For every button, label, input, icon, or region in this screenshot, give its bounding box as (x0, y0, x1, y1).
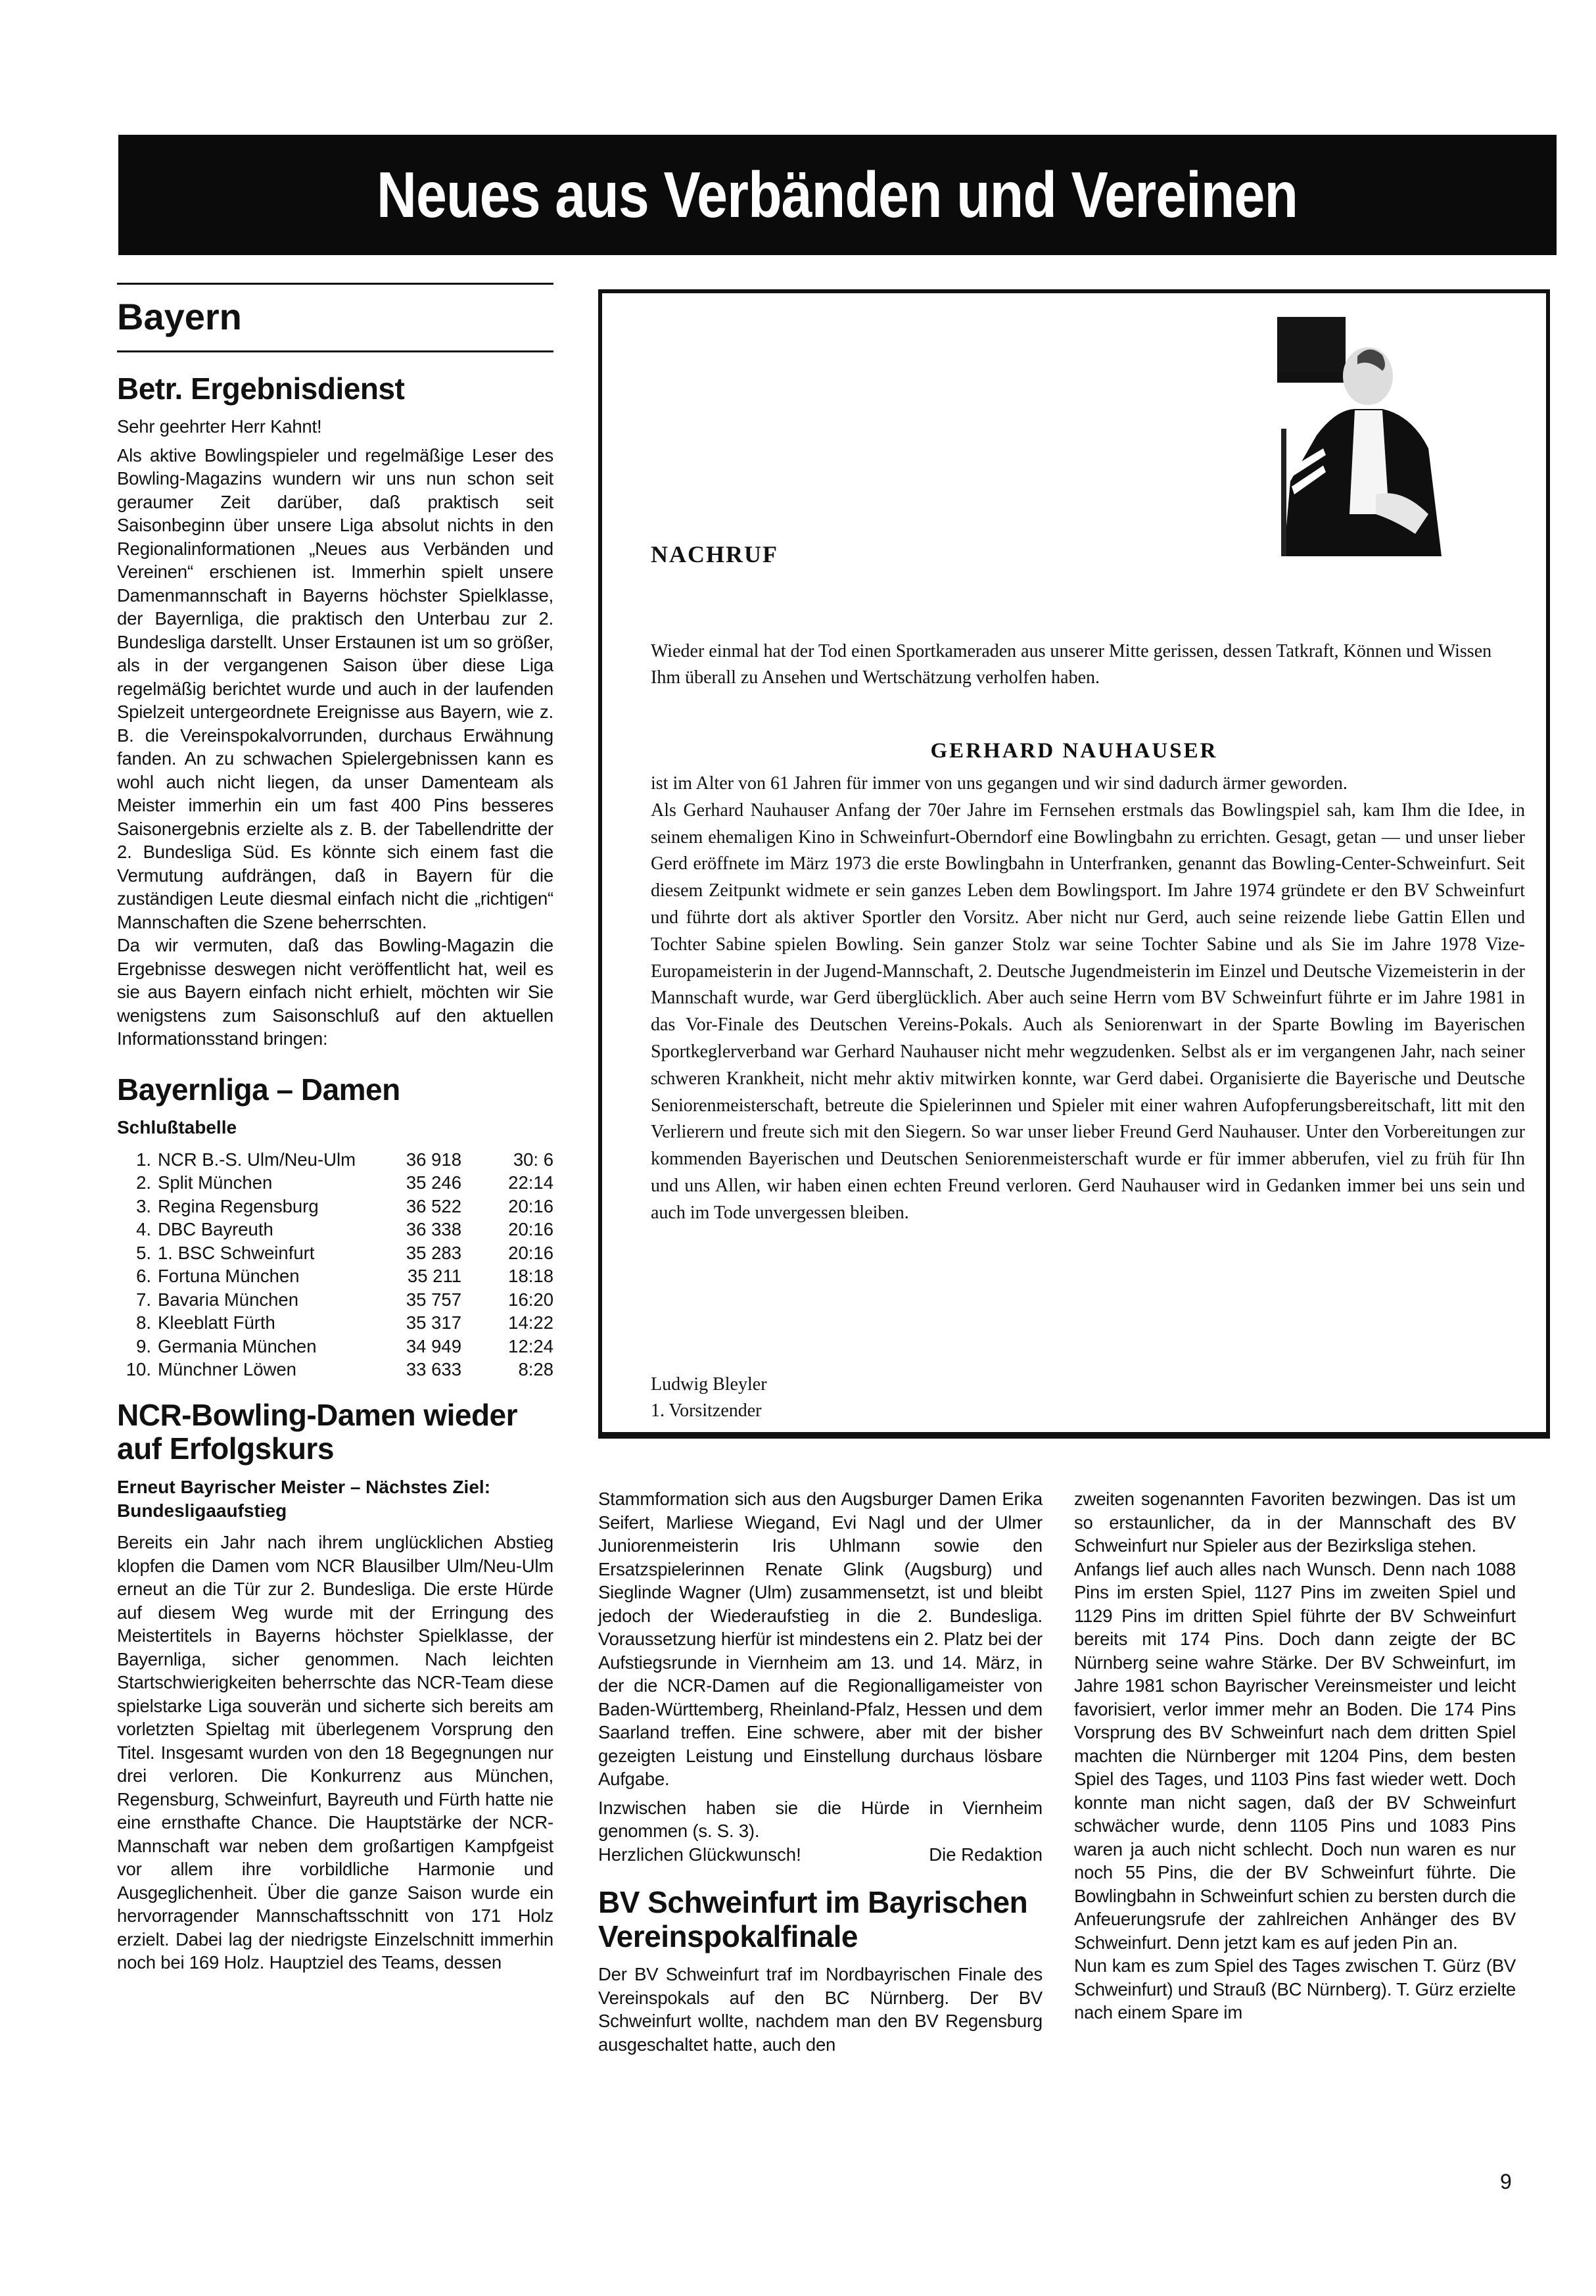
pins: 36 522 (383, 1195, 461, 1218)
obituary-intro: Wieder einmal hat der Tod einen Sportkam… (651, 638, 1525, 691)
rank: 5. (117, 1241, 158, 1265)
region-title: Bayern (117, 297, 553, 337)
table-row: 5.1. BSC Schweinfurt35 28320:16 (117, 1241, 553, 1265)
team: Germania München (158, 1335, 383, 1358)
standings-subtitle: Schlußtabelle (117, 1116, 553, 1139)
points: 14:22 (461, 1311, 553, 1335)
obituary-box: NACHRUF Wieder einmal hat der Tod einen … (598, 289, 1550, 1439)
pins: 33 633 (383, 1358, 461, 1381)
letter-title: Betr. Ergebnisdienst (117, 372, 553, 406)
team: 1. BSC Schweinfurt (158, 1241, 383, 1265)
article-paragraph: Anfangs lief auch alles nach Wunsch. Den… (1074, 1558, 1516, 1955)
update-note: Inzwischen haben sie die Hürde in Viernh… (598, 1796, 1043, 1843)
article-paragraph: Nun kam es zum Spiel des Tages zwischen … (1074, 1954, 1516, 2024)
rank: 6. (117, 1264, 158, 1288)
pins: 35 211 (383, 1264, 461, 1288)
article-title: BV Schweinfurt im Bayrischen Vereinspoka… (598, 1886, 1043, 1953)
table-row: 1.NCR B.-S. Ulm/Neu-Ulm36 91830: 6 (117, 1148, 553, 1172)
points: 16:20 (461, 1288, 553, 1312)
portrait-image-icon (1277, 317, 1474, 556)
pins: 35 757 (383, 1288, 461, 1312)
standings-table: 1.NCR B.-S. Ulm/Neu-Ulm36 91830: 6 2.Spl… (117, 1148, 553, 1381)
table-row: 7.Bavaria München35 75716:20 (117, 1288, 553, 1312)
table-row: 6.Fortuna München35 21118:18 (117, 1264, 553, 1288)
pins: 35 246 (383, 1171, 461, 1195)
section-banner: Neues aus Verbänden und Vereinen (118, 135, 1557, 255)
middle-column: Stammformation sich aus den Augsburger D… (598, 1487, 1043, 2061)
points: 22:14 (461, 1171, 553, 1195)
left-column: Bayern Betr. Ergebnisdienst Sehr geehrte… (117, 283, 553, 1980)
rank: 7. (117, 1288, 158, 1312)
table-row: 8.Kleeblatt Fürth35 31714:22 (117, 1311, 553, 1335)
article-paragraph: zweiten sogenannten Favoriten bezwingen.… (1074, 1487, 1516, 1558)
pins: 36 338 (383, 1218, 461, 1241)
article-title: NCR-Bowling-Damen wieder auf Erfolgskurs (117, 1399, 553, 1466)
points: 20:16 (461, 1241, 553, 1265)
team: Münchner Löwen (158, 1358, 383, 1381)
rank: 1. (117, 1148, 158, 1172)
rank: 9. (117, 1335, 158, 1358)
portrait-photo (1277, 317, 1474, 556)
points: 20:16 (461, 1195, 553, 1218)
pins: 34 949 (383, 1335, 461, 1358)
team: Regina Regensburg (158, 1195, 383, 1218)
editor-credit: Die Redaktion (929, 1843, 1043, 1867)
obituary-paragraph: ist im Alter von 61 Jahren für immer von… (651, 771, 1525, 798)
page-number: 9 (1500, 2170, 1512, 2194)
rank: 3. (117, 1195, 158, 1218)
team: Split München (158, 1171, 383, 1195)
team: Fortuna München (158, 1264, 383, 1288)
signature-name: Ludwig Bleyler (651, 1372, 767, 1398)
table-row: 4.DBC Bayreuth36 33820:16 (117, 1218, 553, 1241)
divider (117, 350, 553, 352)
obituary-text: ist im Alter von 61 Jahren für immer von… (651, 771, 1525, 1227)
signature-role: 1. Vorsitzender (651, 1398, 767, 1424)
table-row: 9.Germania München34 94912:24 (117, 1335, 553, 1358)
letter-paragraph: Da wir vermuten, daß das Bowling-Magazin… (117, 934, 553, 1051)
letter-paragraph: Als aktive Bowlingspieler und regelmäßig… (117, 444, 553, 934)
pins: 35 317 (383, 1311, 461, 1335)
section-title: Neues aus Verbänden und Vereinen (377, 158, 1298, 232)
points: 12:24 (461, 1335, 553, 1358)
points: 8:28 (461, 1358, 553, 1381)
rank: 2. (117, 1171, 158, 1195)
article-subtitle: Erneut Bayrischer Meister – Nächstes Zie… (117, 1475, 553, 1523)
rank: 8. (117, 1311, 158, 1335)
congrats-text: Herzlichen Glückwunsch! (598, 1843, 801, 1867)
obituary-paragraph: Als Gerhard Nauhauser Anfang der 70er Ja… (651, 798, 1525, 1227)
points: 30: 6 (461, 1148, 553, 1172)
right-column: zweiten sogenannten Favoriten bezwingen.… (1074, 1487, 1516, 2030)
rank: 4. (117, 1218, 158, 1241)
table-row: 10.Münchner Löwen33 6338:28 (117, 1358, 553, 1381)
pins: 36 918 (383, 1148, 461, 1172)
obituary-heading: NACHRUF (651, 540, 778, 568)
standings-title: Bayernliga – Damen (117, 1073, 553, 1107)
points: 20:16 (461, 1218, 553, 1241)
divider (117, 283, 553, 285)
obituary-signature: Ludwig Bleyler 1. Vorsitzender (651, 1372, 767, 1424)
signoff: Herzlichen Glückwunsch! Die Redaktion (598, 1843, 1043, 1867)
points: 18:18 (461, 1264, 553, 1288)
article-paragraph: Stammformation sich aus den Augsburger D… (598, 1487, 1043, 1791)
article-paragraph: Bereits ein Jahr nach ihrem unglückliche… (117, 1531, 553, 1974)
pins: 35 283 (383, 1241, 461, 1265)
team: DBC Bayreuth (158, 1218, 383, 1241)
rank: 10. (117, 1358, 158, 1381)
table-row: 2.Split München35 24622:14 (117, 1171, 553, 1195)
article-paragraph: Der BV Schweinfurt traf im Nordbayrische… (598, 1963, 1043, 2056)
letter-salutation: Sehr geehrter Herr Kahnt! (117, 415, 553, 439)
team: Bavaria München (158, 1288, 383, 1312)
obituary-name: GERHARD NAUHAUSER (602, 739, 1546, 763)
team: NCR B.-S. Ulm/Neu-Ulm (158, 1148, 383, 1172)
team: Kleeblatt Fürth (158, 1311, 383, 1335)
table-row: 3.Regina Regensburg36 52220:16 (117, 1195, 553, 1218)
